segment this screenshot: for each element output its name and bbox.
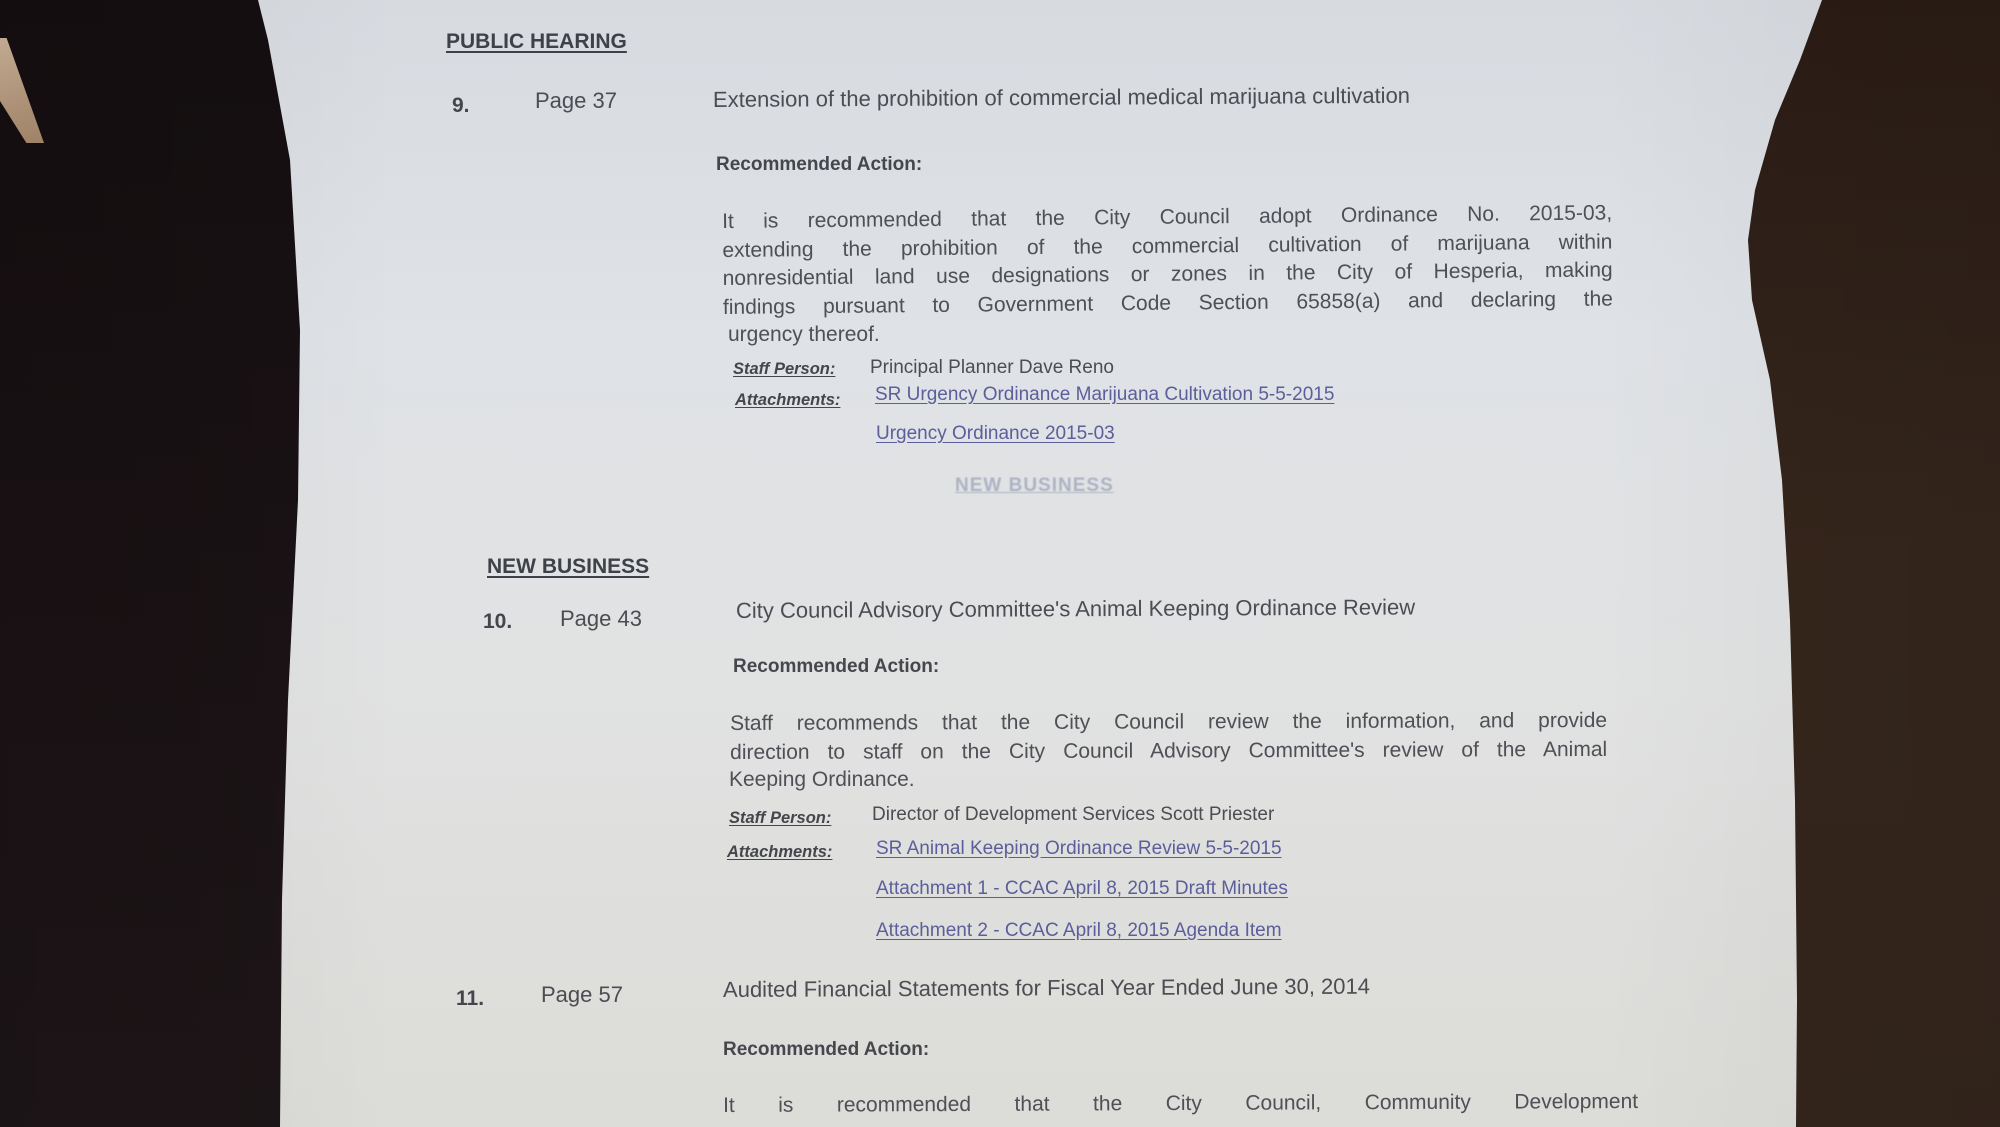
section-heading-public-hearing: PUBLIC HEARING: [446, 30, 627, 54]
recommended-action-text: It is recommended that the City Council,…: [723, 1088, 1638, 1120]
paragraph-last-line: urgency thereof.: [728, 323, 880, 347]
attachment-link[interactable]: Attachment 2 - CCAC April 8, 2015 Agenda…: [876, 920, 1282, 942]
recommended-action-text: Staff recommends that the City Council r…: [730, 707, 1607, 767]
recommended-action-label: Recommended Action:: [723, 1039, 929, 1061]
paragraph-line: It is recommended that the City Council,…: [723, 1088, 1638, 1120]
attachments-label: Attachments:: [727, 843, 832, 862]
ghost-heading-bleedthrough: NEW BUSINESS: [955, 475, 1114, 497]
item-number: 11.: [456, 987, 484, 1011]
paragraph-line: direction to staff on the City Council A…: [730, 735, 1607, 767]
recommended-action-label: Recommended Action:: [733, 656, 939, 678]
item-title: Extension of the prohibition of commerci…: [713, 83, 1410, 113]
attachment-link[interactable]: SR Animal Keeping Ordinance Review 5-5-2…: [876, 838, 1282, 860]
staff-person-value: Principal Planner Dave Reno: [870, 357, 1114, 379]
attachment-link[interactable]: Urgency Ordinance 2015-03: [876, 423, 1115, 445]
staff-person-value: Director of Development Services Scott P…: [872, 804, 1274, 826]
item-page: Page 43: [560, 606, 642, 632]
item-number: 10.: [483, 610, 512, 634]
attachments-label: Attachments:: [735, 391, 840, 410]
paragraph-last-line: Keeping Ordinance.: [729, 768, 915, 792]
recommended-action-label: Recommended Action:: [716, 154, 922, 176]
staff-person-label: Staff Person:: [733, 360, 835, 379]
item-page: Page 37: [535, 88, 617, 114]
item-page: Page 57: [541, 982, 623, 1008]
section-heading-new-business: NEW BUSINESS: [487, 555, 649, 579]
attachment-link[interactable]: SR Urgency Ordinance Marijuana Cultivati…: [875, 384, 1334, 406]
item-number: 9.: [452, 94, 470, 118]
agenda-document: PUBLIC HEARING 9. Page 37 Extension of t…: [0, 0, 2000, 1127]
paragraph-line: Staff recommends that the City Council r…: [730, 707, 1607, 739]
staff-person-label: Staff Person:: [729, 809, 831, 828]
attachment-link[interactable]: Attachment 1 - CCAC April 8, 2015 Draft …: [876, 878, 1288, 900]
recommended-action-text: It is recommended that the City Council …: [722, 199, 1613, 322]
item-title: Audited Financial Statements for Fiscal …: [723, 974, 1370, 1003]
item-title: City Council Advisory Committee's Animal…: [736, 594, 1415, 624]
